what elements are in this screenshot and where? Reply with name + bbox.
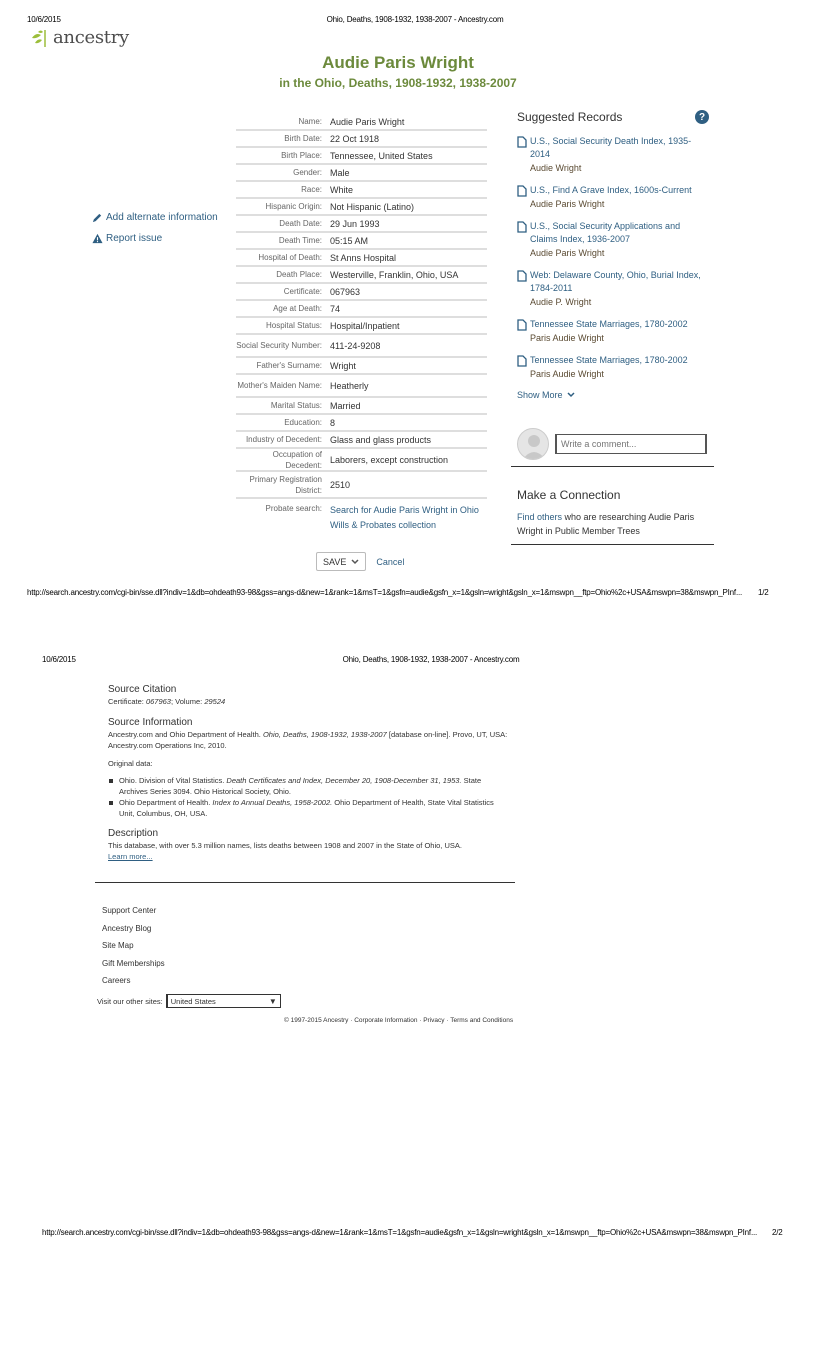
record-value: 05:15 AM (328, 234, 487, 248)
footer-links: Support CenterAncestry BlogSite MapGift … (102, 906, 165, 994)
citation-text: Certificate: 067963; Volume: 29524 (108, 696, 508, 707)
legal-link[interactable]: Terms and Conditions (450, 1017, 513, 1024)
print-url: http://search.ancestry.com/cgi-bin/sse.d… (42, 1228, 757, 1237)
footer-link[interactable]: Support Center (102, 906, 165, 924)
record-row: Age at Death:74 (236, 301, 487, 318)
record-value: Wright (328, 359, 487, 373)
record-value: Laborers, except construction (328, 453, 487, 467)
record-row: Marital Status:Married (236, 398, 487, 415)
record-label: Education: (236, 417, 328, 428)
report-issue-link[interactable]: Report issue (92, 228, 218, 249)
record-label: Hispanic Origin: (236, 201, 328, 212)
record-value: Hospital/Inpatient (328, 319, 487, 333)
pencil-icon (92, 212, 103, 223)
suggested-record: U.S., Social Security Applications and C… (517, 220, 709, 260)
record-label: Birth Place: (236, 150, 328, 161)
warning-icon (92, 233, 103, 244)
record-row: Occupation of Decedent:Laborers, except … (236, 449, 487, 472)
save-button[interactable]: SAVE (316, 552, 366, 571)
record-row: Death Place:Westerville, Franklin, Ohio,… (236, 267, 487, 284)
suggested-record-link[interactable]: U.S., Find A Grave Index, 1600s-Current (517, 184, 709, 197)
record-label: Social Security Number: (236, 340, 328, 351)
suggested-records: Suggested Records ? U.S., Social Securit… (517, 108, 709, 400)
find-others-link[interactable]: Find others (517, 512, 562, 522)
suggested-record-name: Paris Audie Wright (517, 367, 709, 381)
record-label: Death Place: (236, 269, 328, 280)
suggested-record: Tennessee State Marriages, 1780-2002Pari… (517, 354, 709, 381)
copyright-text: © 1997-2015 Ancestry (284, 1017, 348, 1024)
record-value: 067963 (328, 285, 487, 299)
record-row: Primary Registration District:2510 (236, 472, 487, 499)
record-value: 2510 (328, 478, 487, 492)
document-icon (517, 221, 527, 233)
page-subtitle: in the Ohio, Deaths, 1908-1932, 1938-200… (0, 76, 796, 90)
show-more-link[interactable]: Show More (517, 390, 709, 400)
divider (95, 882, 515, 883)
suggested-record-name: Audie Paris Wright (517, 197, 709, 211)
suggested-record-name: Audie Wright (517, 161, 709, 175)
suggested-record: U.S., Social Security Death Index, 1935-… (517, 135, 709, 175)
page-title: Audie Paris Wright (0, 53, 796, 73)
suggested-records-title: Suggested Records (517, 110, 622, 124)
record-row: Hospital of Death:St Anns Hospital (236, 250, 487, 267)
visit-label: Visit our other sites: (97, 997, 163, 1006)
record-row: Hospital Status:Hospital/Inpatient (236, 318, 487, 335)
record-label: Father's Surname: (236, 360, 328, 371)
record-value: 29 Jun 1993 (328, 217, 487, 231)
source-citation: Source Citation Certificate: 067963; Vol… (108, 683, 508, 707)
source-information-text: Ancestry.com and Ohio Department of Heal… (108, 729, 508, 751)
record-label: Mother's Maiden Name: (236, 380, 328, 391)
source-information-title: Source Information (108, 716, 508, 729)
record-row: Gender:Male (236, 165, 487, 182)
add-alternate-label: Add alternate information (106, 212, 218, 223)
record-label: Age at Death: (236, 303, 328, 314)
record-row: Death Date:29 Jun 1993 (236, 216, 487, 233)
comment-area (517, 428, 707, 460)
document-icon (517, 319, 527, 331)
probate-search-link[interactable]: Search for Audie Paris Wright in Ohio Wi… (330, 505, 479, 530)
original-data-list: Ohio. Division of Vital Statistics. Deat… (108, 775, 508, 819)
record-details-table: Name:Audie Paris WrightBirth Date:22 Oct… (236, 114, 487, 533)
print-title: Ohio, Deaths, 1908-1932, 1938-2007 - Anc… (0, 655, 840, 664)
suggested-record-link[interactable]: Tennessee State Marriages, 1780-2002 (517, 354, 709, 367)
suggested-record-link[interactable]: Tennessee State Marriages, 1780-2002 (517, 318, 709, 331)
record-label: Death Date: (236, 218, 328, 229)
record-row: Race:White (236, 182, 487, 199)
logo-text: ancestry (53, 27, 129, 48)
record-value: Glass and glass products (328, 433, 487, 447)
record-label: Name: (236, 116, 328, 127)
report-issue-label: Report issue (106, 233, 162, 244)
original-data-item: Ohio Department of Health. Index to Annu… (108, 797, 508, 819)
record-label: Hospital of Death: (236, 252, 328, 263)
record-row: Death Time:05:15 AM (236, 233, 487, 250)
save-controls: SAVE Cancel (316, 552, 404, 571)
suggested-record: Tennessee State Marriages, 1780-2002Pari… (517, 318, 709, 345)
comment-input[interactable] (555, 434, 707, 454)
record-row: Certificate:067963 (236, 284, 487, 301)
suggested-record-link[interactable]: U.S., Social Security Death Index, 1935-… (517, 135, 709, 161)
chevron-down-icon (567, 392, 575, 398)
suggested-record-name: Audie P. Wright (517, 295, 709, 309)
suggested-record-link[interactable]: U.S., Social Security Applications and C… (517, 220, 709, 246)
other-sites: Visit our other sites: United States ▼ (97, 994, 281, 1008)
make-connection-text: Find others who are researching Audie Pa… (517, 510, 712, 538)
footer-link[interactable]: Ancestry Blog (102, 924, 165, 942)
record-row: Birth Date:22 Oct 1918 (236, 131, 487, 148)
record-value: Married (328, 399, 487, 413)
avatar (517, 428, 549, 460)
record-label: Occupation of Decedent: (236, 449, 328, 471)
suggested-record: Web: Delaware County, Ohio, Burial Index… (517, 269, 709, 309)
user-silhouette-icon (518, 429, 549, 460)
footer-link[interactable]: Careers (102, 976, 165, 994)
save-label: SAVE (323, 557, 346, 567)
record-value: 22 Oct 1918 (328, 132, 487, 146)
cancel-link[interactable]: Cancel (376, 557, 404, 567)
record-row: Mother's Maiden Name:Heatherly (236, 375, 487, 398)
document-icon (517, 270, 527, 282)
help-icon[interactable]: ? (695, 110, 709, 124)
suggested-record-link[interactable]: Web: Delaware County, Ohio, Burial Index… (517, 269, 709, 295)
suggested-record-name: Paris Audie Wright (517, 331, 709, 345)
divider (511, 466, 714, 467)
description-text: This database, with over 5.3 million nam… (108, 840, 508, 851)
original-data-label: Original data: (108, 758, 508, 769)
legal-link[interactable]: Corporate Information (354, 1017, 417, 1024)
country-select[interactable]: United States ▼ (166, 994, 281, 1008)
footer-link[interactable]: Site Map (102, 941, 165, 959)
record-label: Gender: (236, 167, 328, 178)
record-value: Heatherly (328, 379, 487, 393)
suggested-record-name: Audie Paris Wright (517, 246, 709, 260)
document-icon (517, 136, 527, 148)
record-value: Audie Paris Wright (328, 115, 487, 129)
record-label: Death Time: (236, 235, 328, 246)
record-actions: Add alternate information Report issue (92, 207, 218, 249)
make-connection-title: Make a Connection (517, 488, 620, 502)
print-title: Ohio, Deaths, 1908-1932, 1938-2007 - Anc… (0, 15, 830, 24)
record-row: Birth Place:Tennessee, United States (236, 148, 487, 165)
record-value: Westerville, Franklin, Ohio, USA (328, 268, 487, 282)
learn-more-link[interactable]: Learn more... (108, 851, 508, 862)
print-url: http://search.ancestry.com/cgi-bin/sse.d… (27, 588, 742, 597)
record-value: 411-24-9208 (328, 339, 487, 353)
legal-link[interactable]: Privacy (423, 1017, 444, 1024)
record-value: Male (328, 166, 487, 180)
source-information: Source Information Ancestry.com and Ohio… (108, 716, 508, 862)
suggested-record: U.S., Find A Grave Index, 1600s-CurrentA… (517, 184, 709, 211)
source-citation-title: Source Citation (108, 683, 508, 696)
country-selected: United States (171, 997, 216, 1006)
ancestry-logo[interactable]: ancestry (30, 27, 129, 48)
record-label: Primary Registration District: (236, 474, 328, 496)
record-value: White (328, 183, 487, 197)
print-page-number: 2/2 (772, 1228, 783, 1237)
probate-row: Probate search:Search for Audie Paris Wr… (236, 499, 487, 533)
document-icon (517, 185, 527, 197)
divider (511, 544, 714, 545)
original-data-item: Ohio. Division of Vital Statistics. Deat… (108, 775, 508, 797)
record-label: Race: (236, 184, 328, 195)
footer-link[interactable]: Gift Memberships (102, 959, 165, 977)
record-row: Name:Audie Paris Wright (236, 114, 487, 131)
record-row: Industry of Decedent:Glass and glass pro… (236, 432, 487, 449)
record-value: Not Hispanic (Latino) (328, 200, 487, 214)
record-row: Education:8 (236, 415, 487, 432)
record-label: Hospital Status: (236, 320, 328, 331)
record-row: Social Security Number:411-24-9208 (236, 335, 487, 358)
document-icon (517, 355, 527, 367)
copyright-line: © 1997-2015 Ancestry · Corporate Informa… (284, 1017, 513, 1024)
description-title: Description (108, 827, 508, 840)
record-row: Father's Surname:Wright (236, 358, 487, 375)
record-label: Industry of Decedent: (236, 434, 328, 445)
record-label: Birth Date: (236, 133, 328, 144)
show-more-label: Show More (517, 390, 563, 400)
leaf-icon (30, 28, 50, 48)
record-value: St Anns Hospital (328, 251, 487, 265)
record-value: 74 (328, 302, 487, 316)
dropdown-arrow-icon: ▼ (269, 997, 277, 1006)
record-label: Probate search: (236, 503, 328, 514)
record-label: Certificate: (236, 286, 328, 297)
divider (511, 409, 714, 410)
add-alternate-link[interactable]: Add alternate information (92, 207, 218, 228)
record-value: Tennessee, United States (328, 149, 487, 163)
record-label: Marital Status: (236, 400, 328, 411)
chevron-down-icon (351, 559, 359, 565)
print-page-number: 1/2 (758, 588, 769, 597)
record-row: Hispanic Origin:Not Hispanic (Latino) (236, 199, 487, 216)
record-value: 8 (328, 416, 487, 430)
